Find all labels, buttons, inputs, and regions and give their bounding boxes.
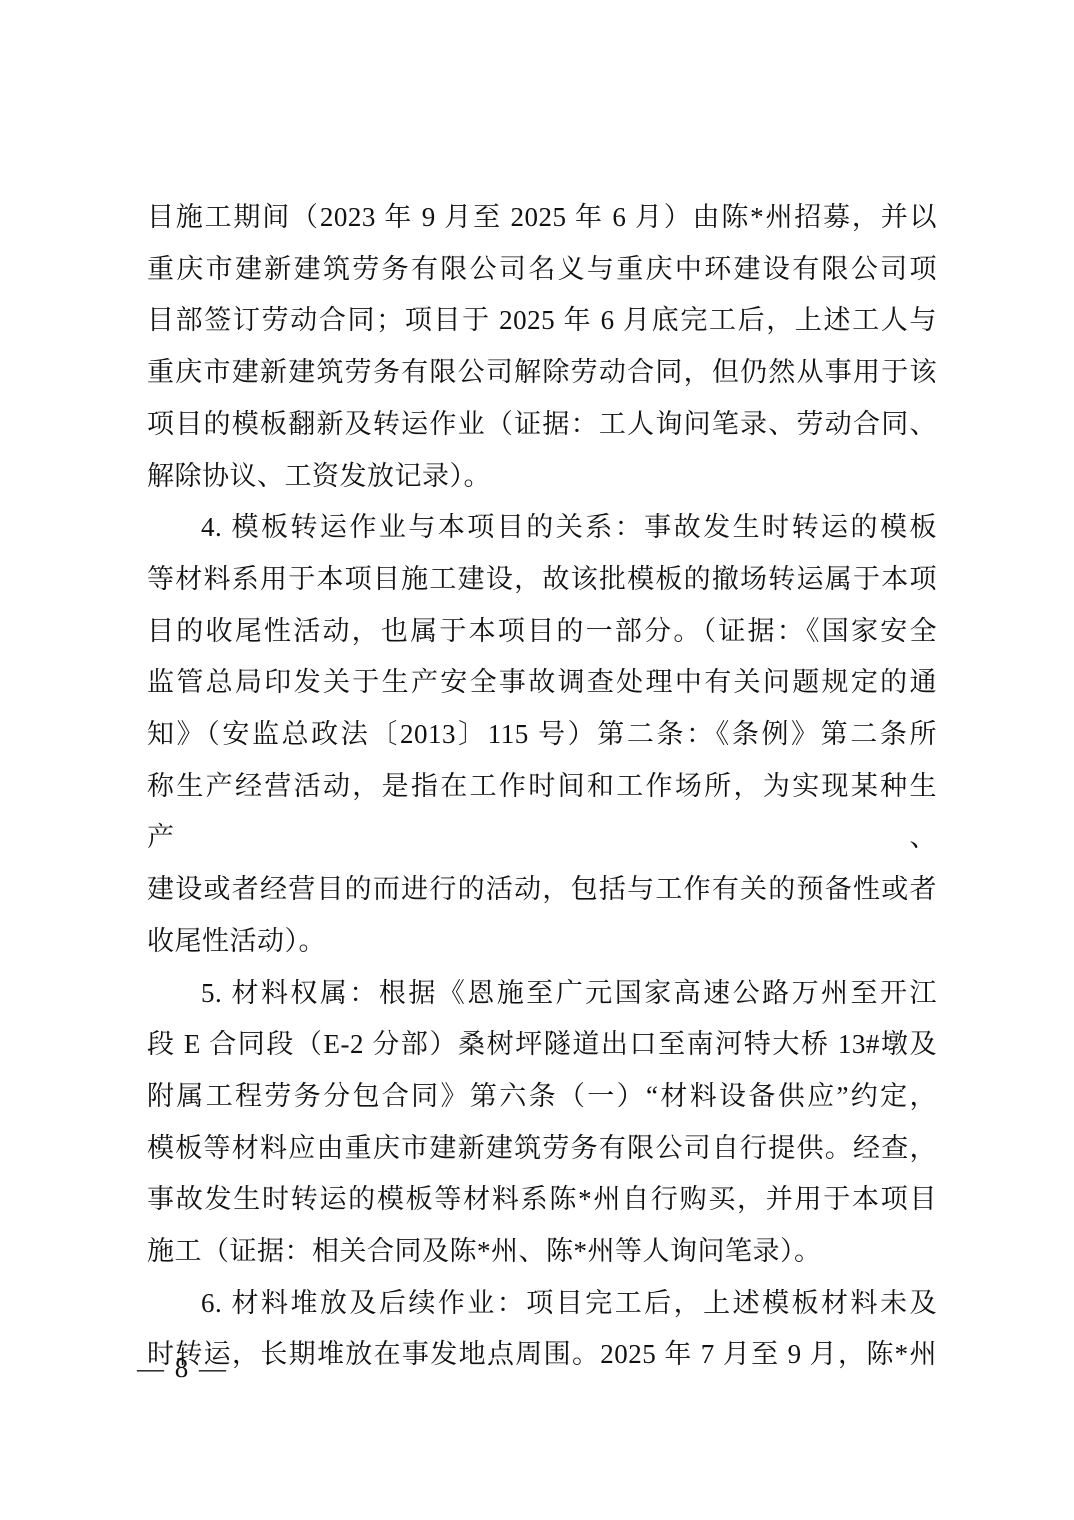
document-page: 目施工期间（2023 年 9 月至 2025 年 6 月）由陈*州招募，并以 重… [0, 0, 1074, 1520]
text-line: 时转运，长期堆放在事发地点周围。2025 年 7 月至 9 月，陈*州 [147, 1329, 937, 1381]
text-line: 知》（安监总政法〔2013〕115 号）第二条：《条例》第二条所 [147, 709, 937, 761]
text-line: 5. 材料权属：根据《恩施至广元国家高速公路万州至开江 [147, 968, 937, 1020]
page-number: — 8 — [137, 1348, 228, 1388]
text-line: 施工（证据：相关合同及陈*州、陈*州等人询问笔录）。 [147, 1226, 937, 1278]
text-line: 事故发生时转运的模板等材料系陈*州自行购买，并用于本项目 [147, 1174, 937, 1226]
document-body: 目施工期间（2023 年 9 月至 2025 年 6 月）由陈*州招募，并以 重… [147, 192, 937, 1381]
text-line: 监管总局印发关于生产安全事故调查处理中有关问题规定的通 [147, 657, 937, 709]
text-line: 目施工期间（2023 年 9 月至 2025 年 6 月）由陈*州招募，并以 [147, 192, 937, 244]
text-line: 建设或者经营目的而进行的活动，包括与工作有关的预备性或者 [147, 864, 937, 916]
text-line: 重庆市建新建筑劳务有限公司名义与重庆中环建设有限公司项 [147, 244, 937, 296]
text-line: 模板等材料应由重庆市建新建筑劳务有限公司自行提供。经查， [147, 1123, 937, 1175]
text-line: 称生产经营活动，是指在工作时间和工作场所，为实现某种生产、 [147, 761, 937, 864]
text-line: 段 E 合同段（E-2 分部）桑树坪隧道出口至南河特大桥 13#墩及 [147, 1019, 937, 1071]
text-line: 收尾性活动）。 [147, 916, 937, 968]
text-line: 6. 材料堆放及后续作业：项目完工后，上述模板材料未及 [147, 1278, 937, 1330]
text-line: 解除协议、工资发放记录）。 [147, 451, 937, 503]
text-line: 重庆市建新建筑劳务有限公司解除劳动合同，但仍然从事用于该 [147, 347, 937, 399]
text-line: 项目的模板翻新及转运作业（证据：工人询问笔录、劳动合同、 [147, 399, 937, 451]
text-line: 目的收尾性活动，也属于本项目的一部分。（证据：《国家安全 [147, 606, 937, 658]
text-line: 目部签订劳动合同；项目于 2025 年 6 月底完工后，上述工人与 [147, 295, 937, 347]
text-line: 等材料系用于本项目施工建设，故该批模板的撤场转运属于本项 [147, 554, 937, 606]
text-line: 附属工程劳务分包合同》第六条（一）“材料设备供应”约定， [147, 1071, 937, 1123]
text-line: 4. 模板转运作业与本项目的关系：事故发生时转运的模板 [147, 502, 937, 554]
